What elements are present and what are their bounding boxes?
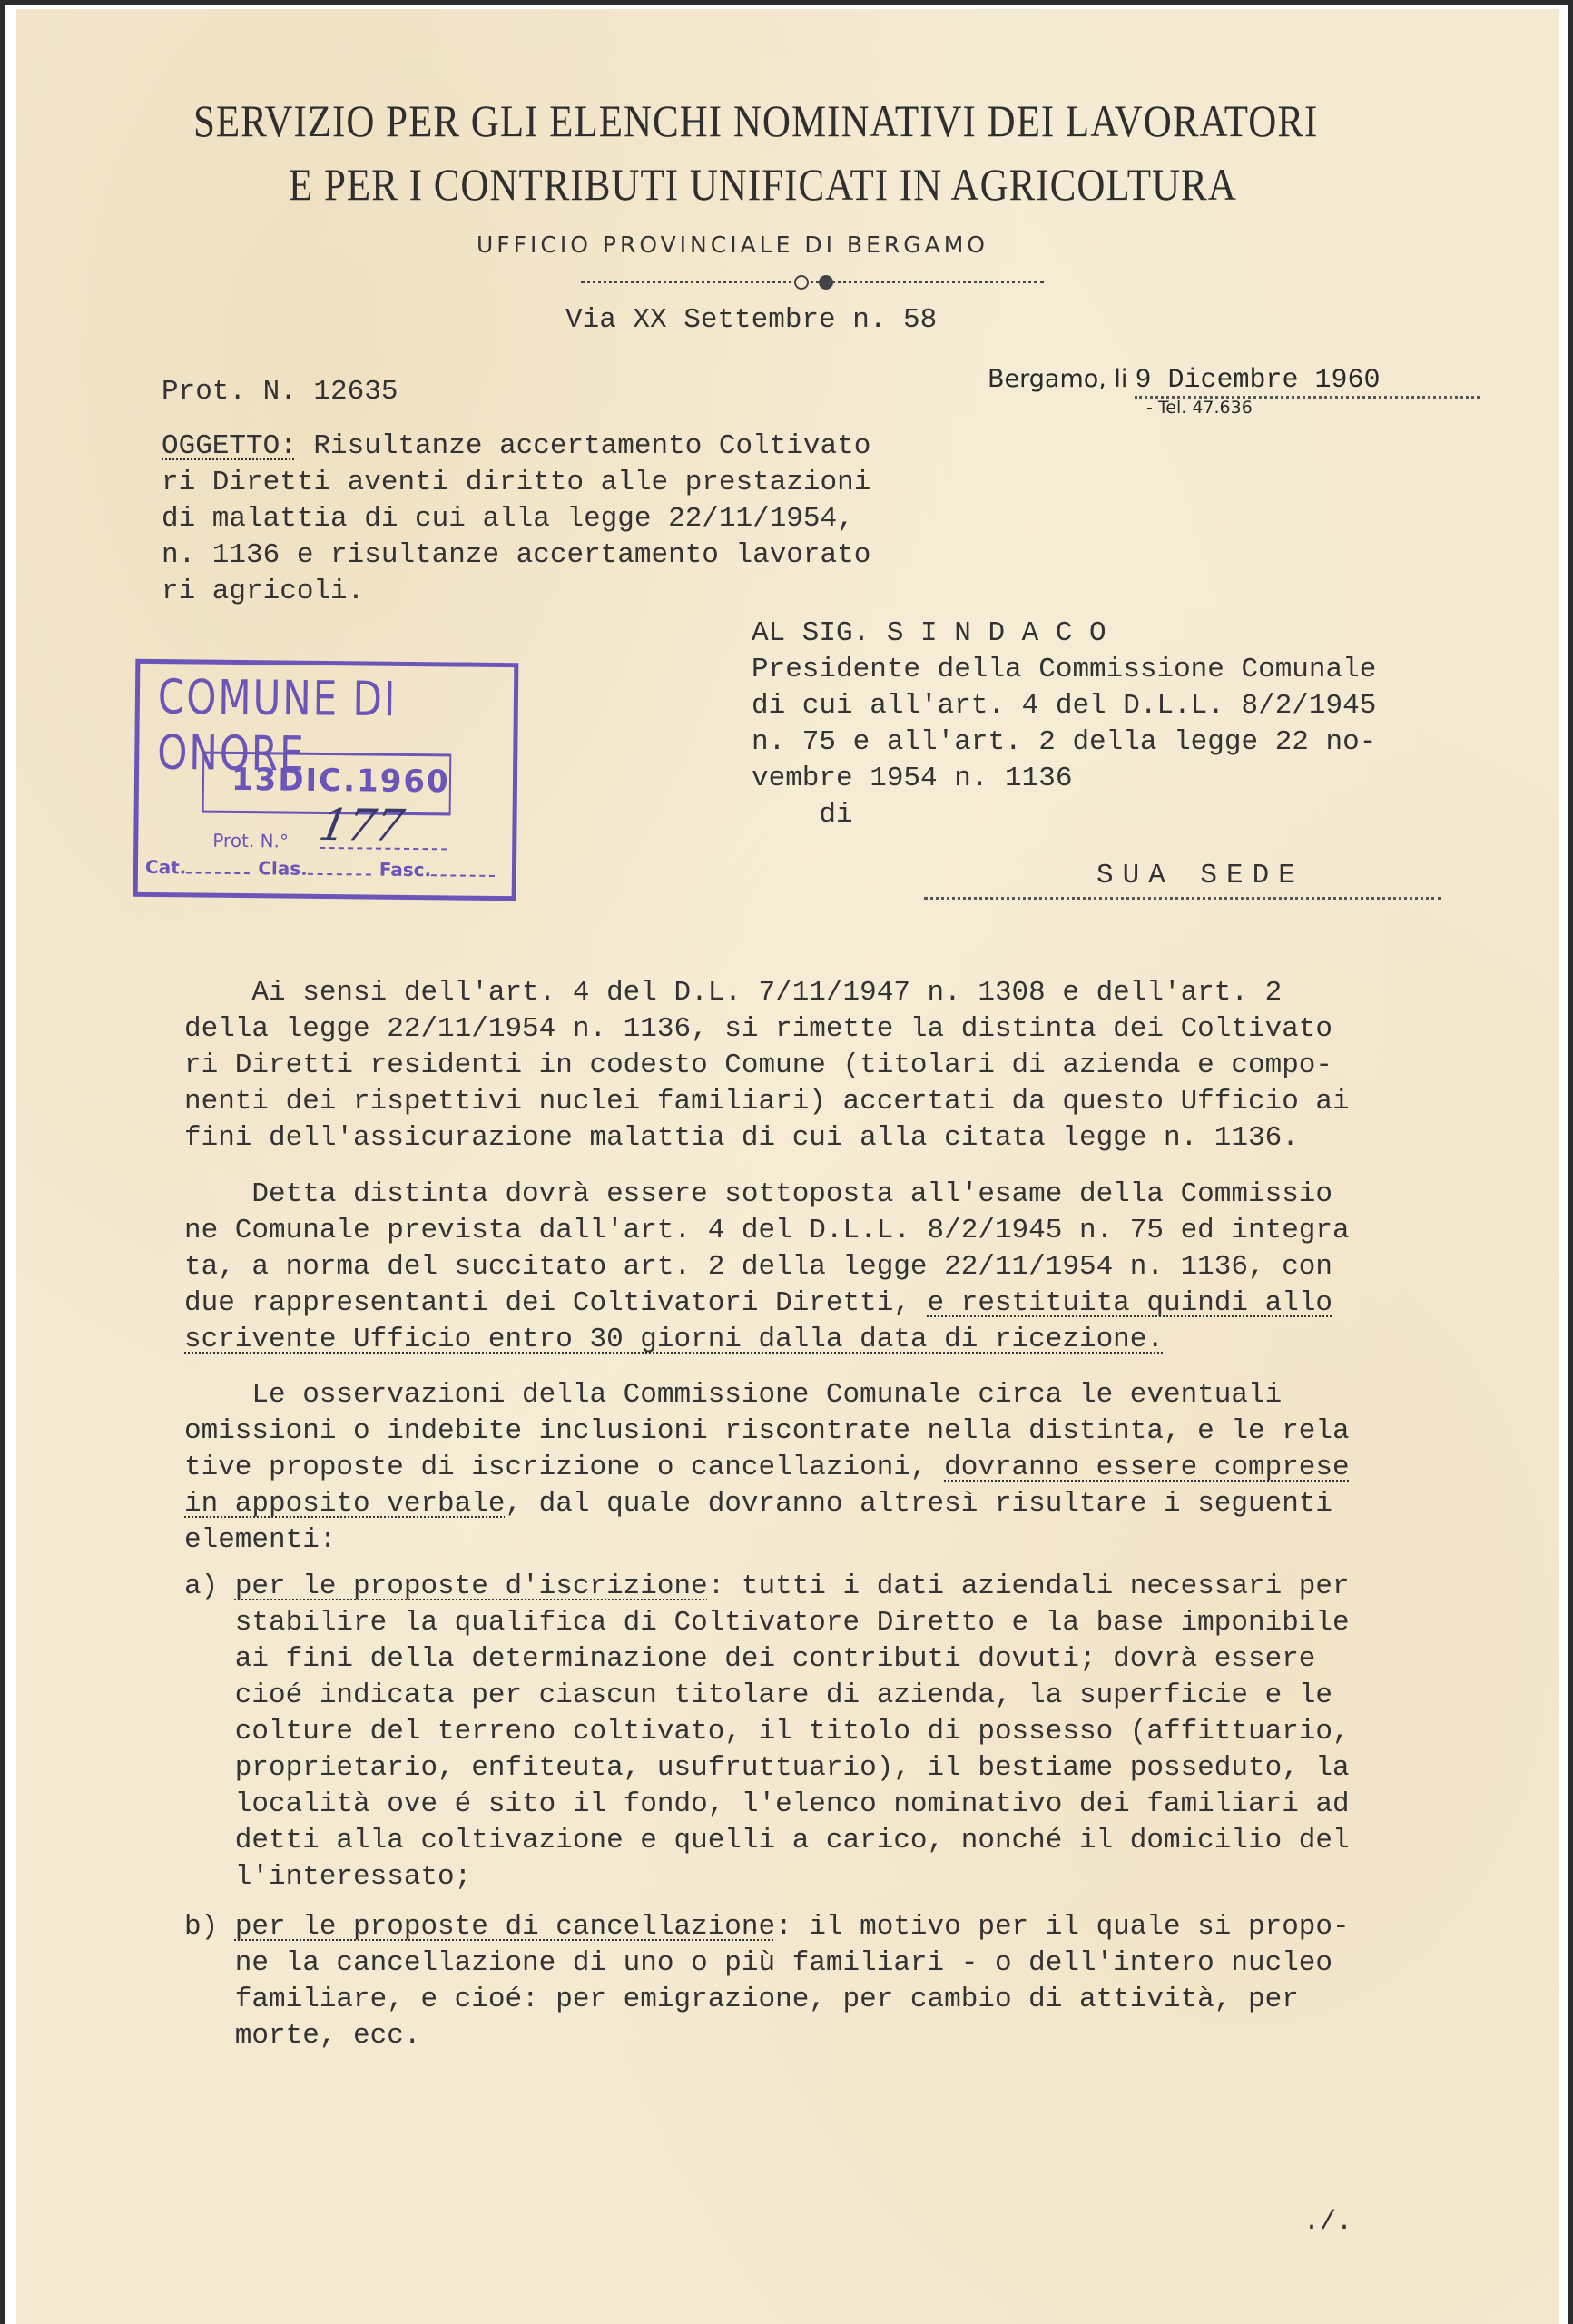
stamp-fasc-label: Fasc. <box>379 859 432 881</box>
recipient-line: Presidente della Commissione Comunale <box>752 654 1376 685</box>
text-line: cioé indicata per ciascun titolare di az… <box>184 1679 1332 1711</box>
date-line: Bergamo, li9 Dicembre 1960 <box>988 365 1480 399</box>
text-line: ri Diretti residenti in codesto Comune (… <box>184 1049 1332 1081</box>
text-line: due rappresentanti dei Coltivatori Diret… <box>184 1287 928 1319</box>
text-line: : il motivo per il quale si propo- <box>775 1911 1350 1943</box>
text-line: proprietario, enfiteuta, usufruttuario),… <box>184 1752 1350 1784</box>
letter-date: 9 Dicembre 1960 <box>1135 365 1480 399</box>
paragraph-1: Ai sensi dell'art. 4 del D.L. 7/11/1947 … <box>184 975 1350 1157</box>
recipient-line: AL SIG. S I N D A C O <box>752 617 1106 649</box>
subject-line: ri Diretti aventi diritto alle prestazio… <box>162 467 870 498</box>
underlined-text: scrivente Ufficio entro 30 giorni dalla … <box>184 1324 1164 1355</box>
text-line: Ai sensi dell'art. 4 del D.L. 7/11/1947 … <box>184 977 1282 1009</box>
recipient-line: di cui all'art. 4 del D.L.L. 8/2/1945 <box>752 690 1376 722</box>
underlined-text: dovranno essere comprese <box>944 1452 1349 1483</box>
stamp-prot-label: Prot. N.° <box>212 830 289 852</box>
text-line: ne Comunale prevista dall'art. 4 del D.L… <box>184 1215 1350 1246</box>
text-line: ne la cancellazione di uno o più familia… <box>184 1947 1332 1979</box>
list-marker: a) <box>184 1571 235 1602</box>
receipt-stamp: COMUNE DI ONORE 13DIC.1960 Prot. N.° 177… <box>133 659 519 901</box>
text-line: località ove é sito il fondo, l'elenco n… <box>184 1788 1350 1820</box>
subject-line: n. 1136 e risultanze accertamento lavora… <box>162 539 870 571</box>
letterhead-address: Via XX Settembre n. 58 <box>565 302 937 339</box>
list-heading: per le proposte di cancellazione <box>235 1911 775 1943</box>
ornament-divider <box>581 281 1044 287</box>
underlined-text: e restituita quindi allo <box>928 1287 1332 1319</box>
text-line: Le osservazioni della Commissione Comuna… <box>184 1379 1282 1411</box>
subject-label: OGGETTO: <box>162 430 297 462</box>
sede-underline <box>924 897 1441 900</box>
recipient-line: vembre 1954 n. 1136 <box>752 763 1072 794</box>
stamp-handwritten-number: 177 <box>315 800 408 852</box>
text-line: della legge 22/11/1954 n. 1136, si rimet… <box>184 1013 1332 1045</box>
list-marker: b) <box>184 1911 235 1943</box>
text-line: fini dell'assicurazione malattia di cui … <box>184 1122 1299 1154</box>
ornament-knot-icon <box>794 275 809 290</box>
stamp-classification: Cat. Clas. Fasc. <box>145 856 496 881</box>
place-label: Bergamo, li <box>988 365 1127 393</box>
document-page: SERVIZIO PER GLI ELENCHI NOMINATIVI DEI … <box>16 9 1559 2324</box>
subject-line: ri agricoli. <box>162 576 364 607</box>
ornament-knot-icon <box>819 275 833 290</box>
text-line: elementi: <box>184 1524 336 1556</box>
text-line: l'interessato; <box>184 1861 471 1893</box>
recipient-line: n. 75 e all'art. 2 della legge 22 no- <box>752 726 1376 758</box>
text-line: detti alla coltivazione e quelli a caric… <box>184 1825 1350 1856</box>
continuation-mark: ./. <box>1303 2204 1352 2240</box>
subject-line: di malattia di cui alla legge 22/11/1954… <box>162 503 854 535</box>
paragraph-3: Le osservazioni della Commissione Comuna… <box>184 1377 1350 1559</box>
text-line: stabilire la qualifica di Coltivatore Di… <box>184 1607 1350 1639</box>
text-line: ai fini della determinazione dei contrib… <box>184 1643 1315 1675</box>
text-line: Detta distinta dovrà essere sottoposta a… <box>184 1178 1332 1210</box>
recipient-block: AL SIG. S I N D A C O Presidente della C… <box>752 615 1376 833</box>
telephone: - Tel. 47.636 <box>1146 398 1253 418</box>
letterhead-line-1: SERVIZIO PER GLI ELENCHI NOMINATIVI DEI … <box>193 96 1318 147</box>
text-line: colture del terreno coltivato, il titolo… <box>184 1716 1350 1748</box>
subject-line: Risultanze accertamento Coltivato <box>297 430 871 462</box>
text-line: tive proposte di iscrizione o cancellazi… <box>184 1452 944 1483</box>
letterhead-office: UFFICIO PROVINCIALE DI BERGAMO <box>477 231 988 258</box>
text-line: omissioni o indebite inclusioni riscontr… <box>184 1415 1350 1447</box>
paragraph-2: Detta distinta dovrà essere sottoposta a… <box>184 1177 1350 1358</box>
letterhead-line-2: E PER I CONTRIBUTI UNIFICATI IN AGRICOLT… <box>289 160 1237 211</box>
text-line: familiare, e cioé: per emigrazione, per … <box>184 1984 1299 2015</box>
recipient-line: di <box>752 799 853 831</box>
list-item-b: b) per le proposte di cancellazione: il … <box>184 1909 1350 2054</box>
recipient-sede: SUA SEDE <box>1096 858 1304 894</box>
underlined-text: in apposito verbale <box>184 1488 505 1520</box>
stamp-clas-label: Clas. <box>258 857 308 880</box>
text-line: ta, a norma del succitato art. 2 della l… <box>184 1251 1332 1283</box>
subject-block: OGGETTO: Risultanze accertamento Coltiva… <box>162 428 870 610</box>
text-line: nenti dei rispettivi nuclei familiari) a… <box>184 1086 1350 1118</box>
text-line: morte, ecc. <box>184 2020 420 2052</box>
stamp-date: 13DIC.1960 <box>231 762 450 801</box>
protocol-number: Prot. N. 12635 <box>162 374 398 410</box>
list-item-a: a) per le proposte d'iscrizione: tutti i… <box>184 1569 1350 1896</box>
list-heading: per le proposte d'iscrizione <box>235 1571 708 1602</box>
text-line: , dal quale dovranno altresì risultare i… <box>505 1488 1332 1520</box>
text-line: : tutti i dati aziendali necessari per <box>708 1571 1350 1602</box>
stamp-cat-label: Cat. <box>145 856 187 878</box>
